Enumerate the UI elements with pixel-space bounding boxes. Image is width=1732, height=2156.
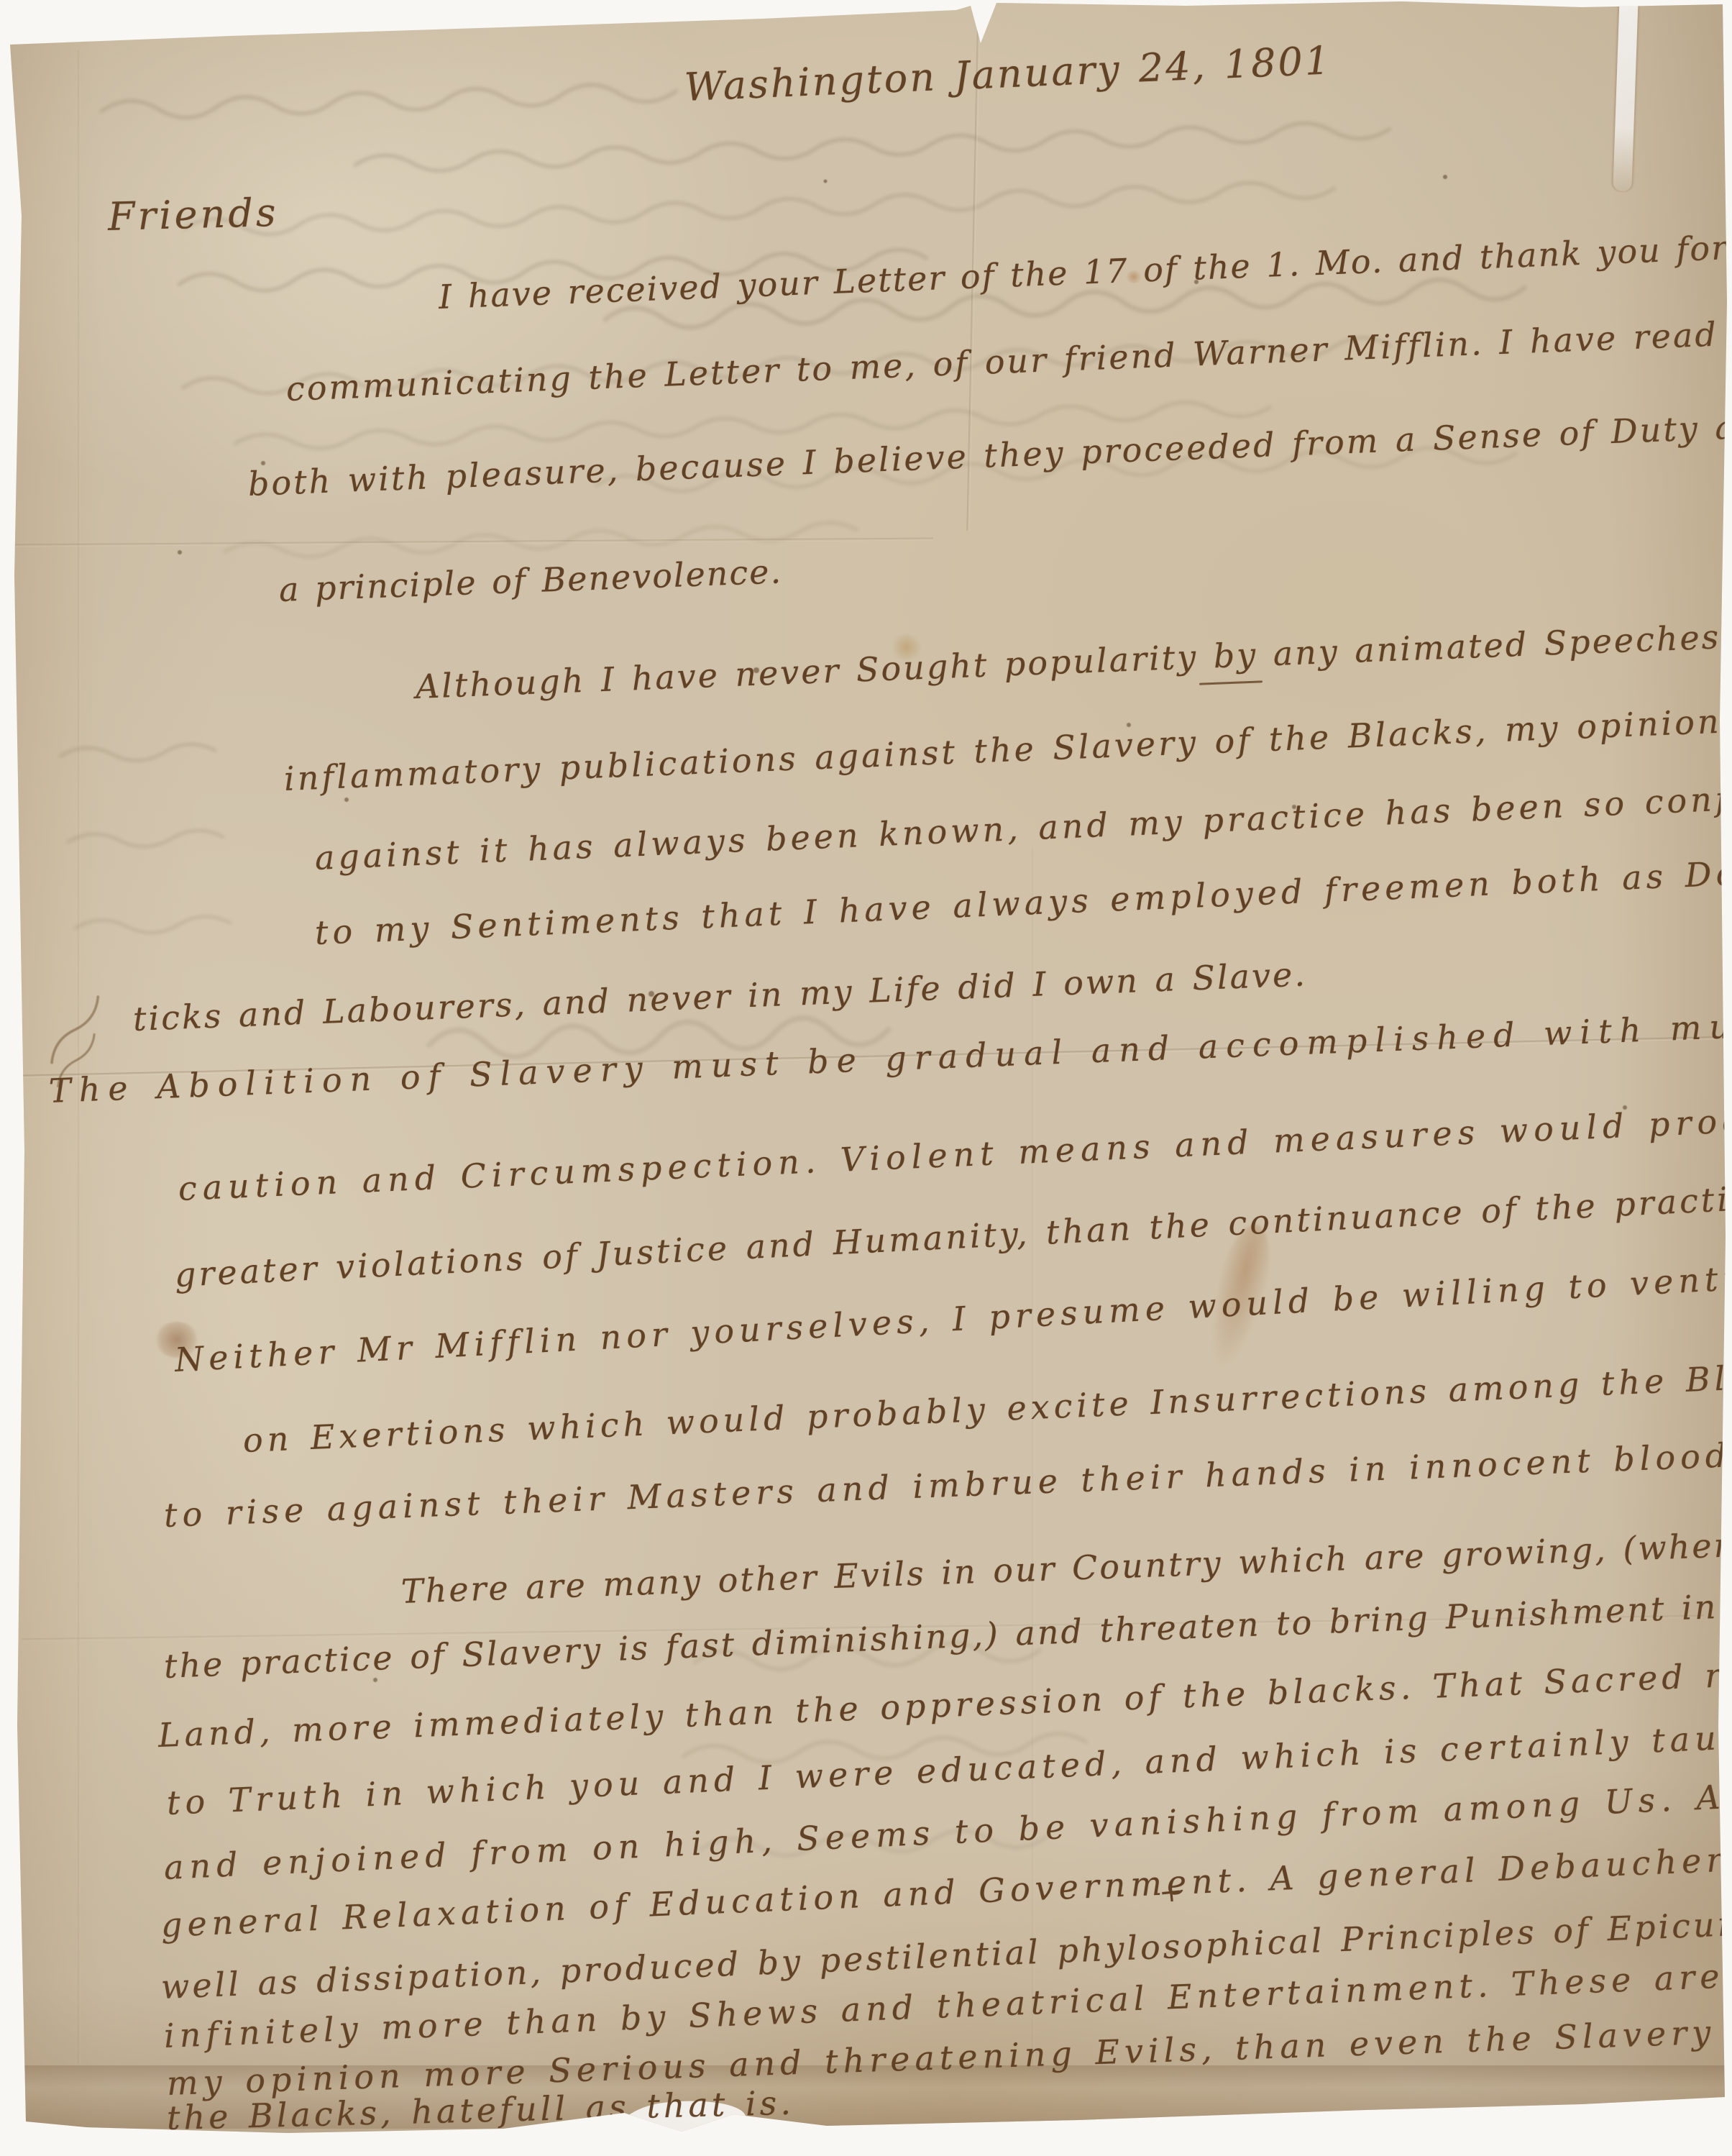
insertion-caret-mark: + [1158, 1874, 1185, 1909]
letter-line: both with pleasure, because I believe th… [247, 407, 1732, 503]
letter-body: Washington January 24, 1801 Friends I ha… [0, 0, 1732, 2156]
photograph-background: Washington January 24, 1801 Friends I ha… [0, 0, 1732, 2156]
letter-page: Washington January 24, 1801 Friends I ha… [0, 0, 1732, 2156]
letter-line: a principle of Benevolence. [278, 553, 783, 608]
letter-line: Although I have never Sought popularity … [415, 616, 1732, 705]
letter-line: against it has always been known, and my… [314, 774, 1732, 877]
underline-mark [1199, 680, 1263, 685]
salutation: Friends [107, 191, 279, 239]
dateline: Washington January 24, 1801 [684, 39, 1333, 109]
letter-line: I have received your Letter of the 17 of… [438, 229, 1729, 315]
letter-line: communicating the Letter to me, of our f… [285, 316, 1719, 408]
letter-line: ticks and Labourers, and never in my Lif… [132, 956, 1308, 1037]
letter-line: inflammatory publications against the Sl… [283, 703, 1722, 798]
